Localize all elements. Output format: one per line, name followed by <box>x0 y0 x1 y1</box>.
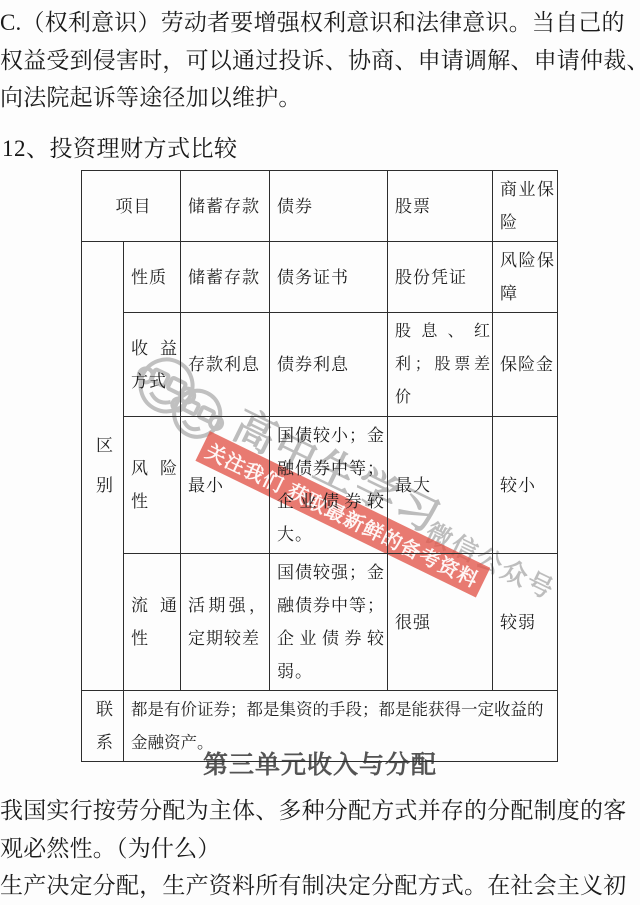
table-row-nature: 区别 性质 储蓄存款 债务证书 股份凭证 风险保障 <box>82 242 558 313</box>
row-label-risk: 风险性 <box>124 417 181 554</box>
cell-income-stocks: 股息、红利；股票差价 <box>388 313 493 417</box>
cell-liquidity-savings: 活期强，定期较差 <box>181 554 270 691</box>
paragraph-distribution: 我国实行按劳分配为主体、多种分配方式并存的分配制度的客 观必然性。（为什么） 生… <box>0 792 640 905</box>
cell-nature-bonds: 债务证书 <box>270 242 388 313</box>
cell-nature-stocks: 股份凭证 <box>388 242 493 313</box>
cell-nature-savings: 储蓄存款 <box>181 242 270 313</box>
table-section-heading: 12、投资理财方式比较 <box>2 130 238 163</box>
row-label-liquidity: 流通性 <box>124 554 181 691</box>
cell-liquidity-insurance: 较弱 <box>493 554 558 691</box>
paragraph-line: 生产决定分配，生产资料所有制决定分配方式。在社会主义初 <box>0 867 640 905</box>
cell-liquidity-stocks: 很强 <box>388 554 493 691</box>
table-row-links: 联系 都是有价证券；都是集资的手段；都是能获得一定收益的金融资产。 <box>82 691 558 762</box>
header-stocks: 股票 <box>388 171 493 242</box>
table-header-row: 项目 储蓄存款 债券 股票 商业保险 <box>82 171 558 242</box>
cell-risk-insurance: 较小 <box>493 417 558 554</box>
table-row-risk: 风险性 最小 国债较小；金融债券中等；企业债券较大。 最大 较小 <box>82 417 558 554</box>
cell-risk-bonds: 国债较小；金融债券中等；企业债券较大。 <box>270 417 388 554</box>
cell-risk-stocks: 最大 <box>388 417 493 554</box>
investment-comparison-table: 项目 储蓄存款 债券 股票 商业保险 区别 性质 储蓄存款 债务证书 股份凭证 … <box>81 170 558 762</box>
paragraph-line: 我国实行按劳分配为主体、多种分配方式并存的分配制度的客 <box>0 792 640 830</box>
cell-income-insurance: 保险金 <box>493 313 558 417</box>
row-label-links: 联系 <box>82 691 124 762</box>
cell-risk-savings: 最小 <box>181 417 270 554</box>
paragraph-line: 观必然性。（为什么） <box>0 830 640 868</box>
cell-income-bonds: 债券利息 <box>270 313 388 417</box>
header-item: 项目 <box>82 171 181 242</box>
table-row-liquidity: 流通性 活期强，定期较差 国债较强；金融债券中等；企业债券较弱。 很强 较弱 <box>82 554 558 691</box>
paragraph-labor-rights: C.（权利意识）劳动者要增强权利意识和法律意识。当自己的 权益受到侵害时，可以通… <box>0 4 640 117</box>
group-label-differences: 区别 <box>82 242 124 691</box>
cell-nature-insurance: 风险保障 <box>493 242 558 313</box>
paragraph-line: 向法院起诉等途径加以维护。 <box>0 79 640 117</box>
study-notes-page: C.（权利意识）劳动者要增强权利意识和法律意识。当自己的 权益受到侵害时，可以通… <box>0 0 640 905</box>
header-insurance: 商业保险 <box>493 171 558 242</box>
cell-links-text: 都是有价证券；都是集资的手段；都是能获得一定收益的金融资产。 <box>124 691 558 762</box>
paragraph-line: C.（权利意识）劳动者要增强权利意识和法律意识。当自己的 <box>0 4 640 42</box>
table-row-income: 收益方式 存款利息 债券利息 股息、红利；股票差价 保险金 <box>82 313 558 417</box>
cell-income-savings: 存款利息 <box>181 313 270 417</box>
row-label-income: 收益方式 <box>124 313 181 417</box>
cell-liquidity-bonds: 国债较强；金融债券中等；企业债券较弱。 <box>270 554 388 691</box>
header-bonds: 债券 <box>270 171 388 242</box>
header-savings: 储蓄存款 <box>181 171 270 242</box>
row-label-nature: 性质 <box>124 242 181 313</box>
paragraph-line: 权益受到侵害时，可以通过投诉、协商、申请调解、申请仲裁、 <box>0 42 640 80</box>
